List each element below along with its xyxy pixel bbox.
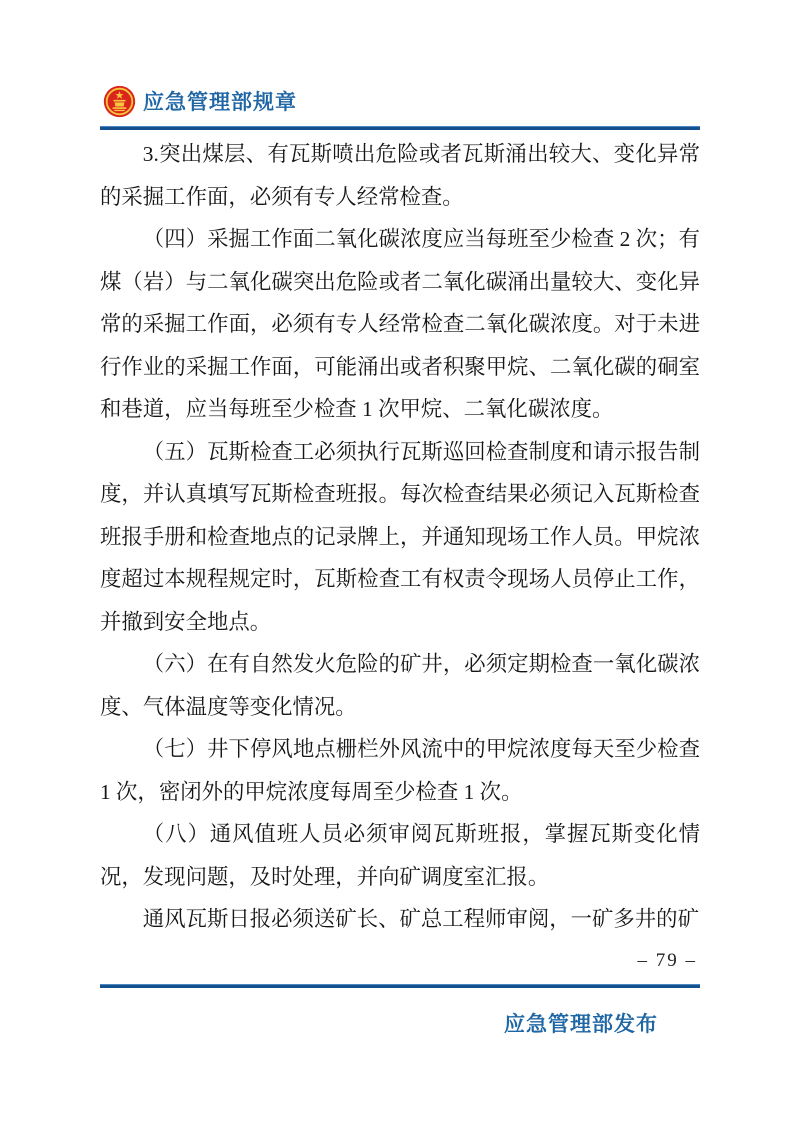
body-paragraph: （六）在有自然发火危险的矿井，必须定期检查一氧化碳浓度、气体温度等变化情况。 [100,643,700,728]
body-paragraph: （七）井下停风地点栅栏外风流中的甲烷浓度每天至少检查 1 次，密闭外的甲烷浓度每… [100,728,700,813]
document-page: 应急管理部规章 3.突出煤层、有瓦斯喷出危险或者瓦斯涌出较大、变化异常的采掘工作… [0,0,793,1122]
header-title: 应急管理部规章 [143,86,297,116]
header-divider [100,126,700,130]
body-paragraph: 通风瓦斯日报必须送矿长、矿总工程师审阅，一矿多井的矿 [100,898,700,941]
body-paragraph: （四）采掘工作面二氧化碳浓度应当每班至少检查 2 次；有煤（岩）与二氧化碳突出危… [100,218,700,431]
body-paragraph: （八）通风值班人员必须审阅瓦斯班报，掌握瓦斯变化情况，发现问题，及时处理，并向矿… [100,813,700,898]
footer-divider [100,984,700,988]
national-emblem-icon [103,85,136,118]
body-paragraph: 3.突出煤层、有瓦斯喷出危险或者瓦斯涌出较大、变化异常的采掘工作面，必须有专人经… [100,133,700,218]
publisher-label: 应急管理部发布 [504,1008,658,1038]
body-paragraph: （五）瓦斯检查工必须执行瓦斯巡回检查制度和请示报告制度，并认真填写瓦斯检查班报。… [100,431,700,644]
page-number: – 79 – [638,950,698,972]
document-header: 应急管理部规章 [103,82,297,120]
document-body: 3.突出煤层、有瓦斯喷出危险或者瓦斯涌出较大、变化异常的采掘工作面，必须有专人经… [100,133,700,941]
